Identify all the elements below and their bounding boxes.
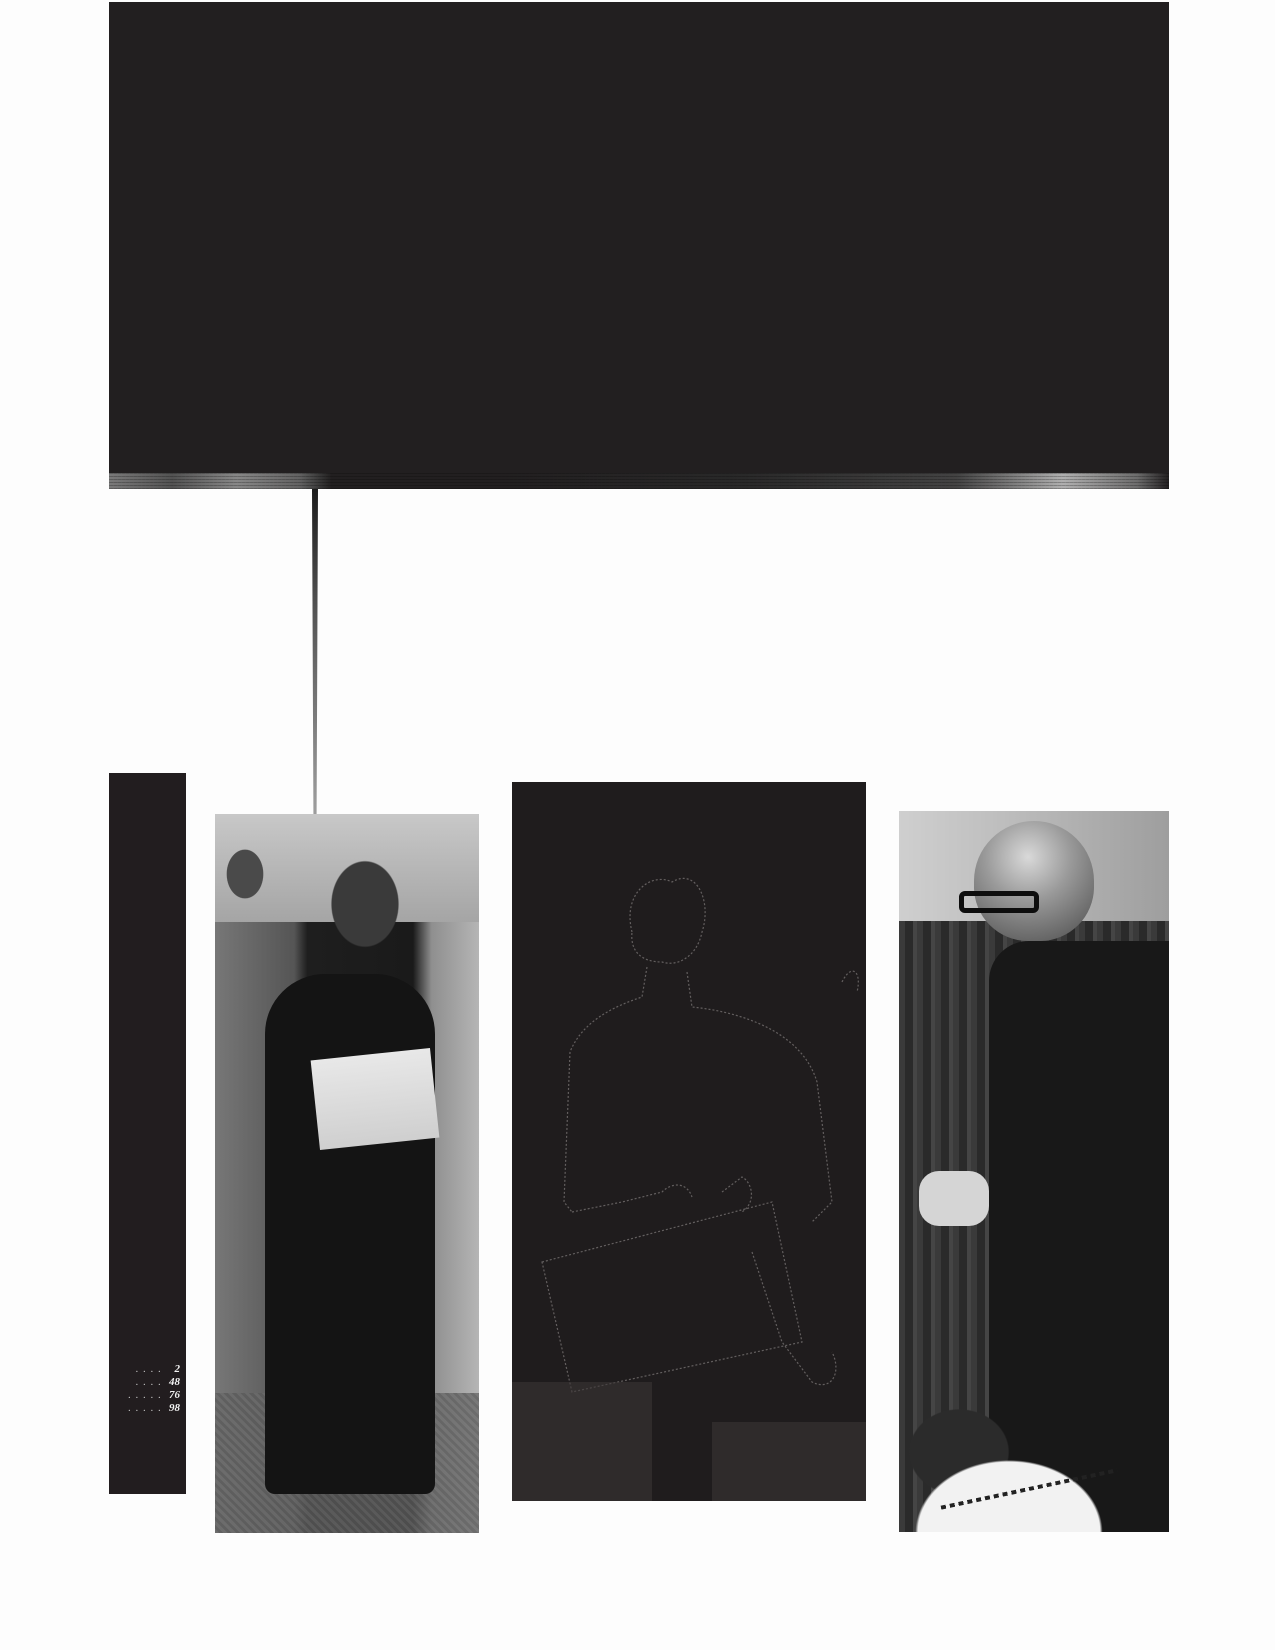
index-page-number: 2 xyxy=(166,1363,180,1376)
photo-students-hallway xyxy=(215,814,479,1533)
leader-dots: . . . . . xyxy=(128,1402,162,1415)
index-entry: . . . . . 76 xyxy=(128,1389,180,1402)
scan-texture-band xyxy=(109,473,1169,489)
index-entry: . . . . 48 xyxy=(128,1376,180,1389)
index-entry: . . . . 2 xyxy=(128,1363,180,1376)
top-dark-block xyxy=(109,2,1169,489)
photo-seated-person xyxy=(512,782,866,1501)
index-page-number: 98 xyxy=(166,1402,180,1415)
photo-hand xyxy=(919,1171,989,1226)
index-page-number: 76 xyxy=(166,1389,180,1402)
section-index-strip: . . . . 2 . . . . 48 . . . . . 76 . . . … xyxy=(109,773,186,1494)
photo-head xyxy=(974,821,1094,941)
leader-dots: . . . . . xyxy=(128,1389,162,1402)
photo-glasses xyxy=(959,891,1039,913)
section-index-list: . . . . 2 . . . . 48 . . . . . 76 . . . … xyxy=(128,1363,180,1415)
index-page-number: 48 xyxy=(166,1376,180,1389)
photo-man-with-glasses xyxy=(899,811,1169,1532)
photo-outline-figure xyxy=(512,782,866,1501)
index-entry: . . . . . 98 xyxy=(128,1402,180,1415)
photo-books xyxy=(311,1048,440,1150)
leader-dots: . . . . xyxy=(136,1363,162,1376)
leader-dots: . . . . xyxy=(136,1376,162,1389)
photo-foreground-student xyxy=(899,1392,1129,1532)
